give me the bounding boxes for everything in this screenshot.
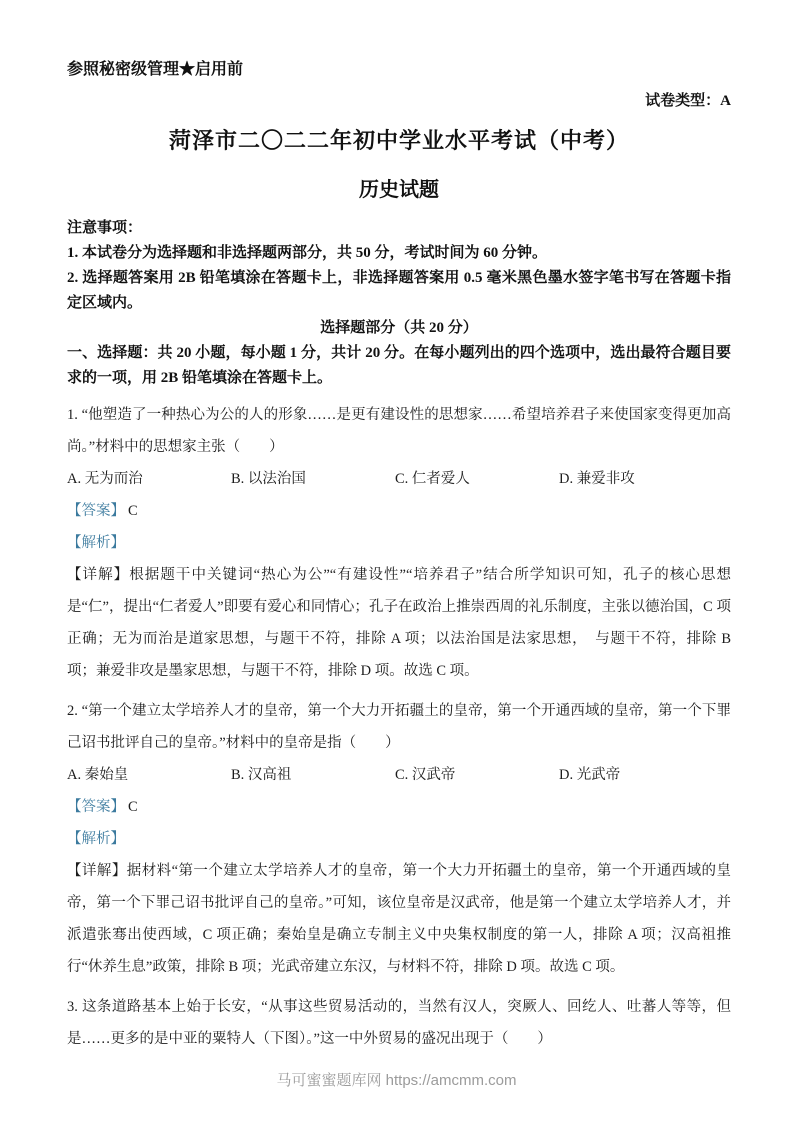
answer-value: C xyxy=(125,799,138,815)
notes-section: 注意事项： 1. 本试卷分为选择题和非选择题两部分，共 50 分，考试时间为 6… xyxy=(67,216,731,391)
notes-item-1: 1. 本试卷分为选择题和非选择题两部分，共 50 分，考试时间为 60 分钟。 xyxy=(67,241,731,266)
question-2-option-a: A. 秦始皇 xyxy=(67,759,231,791)
question-1-analysis-line: 【解析】 xyxy=(67,527,731,559)
question-1-option-c: C. 仁者爱人 xyxy=(395,463,559,495)
question-2-detail: 【详解】据材料“第一个建立太学培养人才的皇帝，第一个大力开拓疆土的皇帝，第一个开… xyxy=(67,855,731,983)
question-2-analysis-line: 【解析】 xyxy=(67,823,731,855)
section-heading: 选择题部分（共 20 分） xyxy=(67,316,731,341)
document-subtitle: 历史试题 xyxy=(67,173,731,202)
question-2-option-d: D. 光武帝 xyxy=(559,759,731,791)
question-1-stem: 1. “他塑造了一种热心为公的人的形象……是更有建设性的思想家……希望培养君子来… xyxy=(67,399,731,463)
exam-document-page: 参照秘密级管理★启用前 试卷类型：A 菏泽市二〇二二年初中学业水平考试（中考） … xyxy=(0,0,793,1122)
question-1-options: A. 无为而治 B. 以法治国 C. 仁者爱人 D. 兼爱非攻 xyxy=(67,463,731,495)
analysis-label: 【解析】 xyxy=(67,831,125,847)
analysis-label: 【解析】 xyxy=(67,535,125,551)
question-3-stem: 3. 这条道路基本上始于长安，“从事这些贸易活动的，当然有汉人，突厥人、回纥人、… xyxy=(67,991,731,1055)
answer-label: 【答案】 xyxy=(67,503,125,519)
question-block-1: 1. “他塑造了一种热心为公的人的形象……是更有建设性的思想家……希望培养君子来… xyxy=(67,399,731,687)
site-footer: 马可蜜蜜题库网 https://amcmm.com xyxy=(0,1069,793,1090)
section-instruction: 一、选择题：共 20 小题，每小题 1 分，共计 20 分。在每小题列出的四个选… xyxy=(67,341,731,391)
question-block-2: 2. “第一个建立太学培养人才的皇帝，第一个大力开拓疆土的皇帝，第一个开通西域的… xyxy=(67,695,731,983)
question-1-option-a: A. 无为而治 xyxy=(67,463,231,495)
document-title: 菏泽市二〇二二年初中学业水平考试（中考） xyxy=(67,124,731,155)
notes-heading: 注意事项： xyxy=(67,216,731,241)
question-2-answer-line: 【答案】C xyxy=(67,791,731,823)
answer-value: C xyxy=(125,503,138,519)
answer-label: 【答案】 xyxy=(67,799,125,815)
question-1-answer-line: 【答案】C xyxy=(67,495,731,527)
question-2-option-c: C. 汉武帝 xyxy=(395,759,559,791)
paper-type-label: 试卷类型：A xyxy=(67,89,731,110)
question-2-options: A. 秦始皇 B. 汉高祖 C. 汉武帝 D. 光武帝 xyxy=(67,759,731,791)
question-1-option-b: B. 以法治国 xyxy=(231,463,395,495)
notes-item-2: 2. 选择题答案用 2B 铅笔填涂在答题卡上，非选择题答案用 0.5 毫米黑色墨… xyxy=(67,266,731,316)
question-1-detail: 【详解】根据题干中关键词“热心为公”“有建设性”“培养君子”结合所学知识可知，孔… xyxy=(67,559,731,687)
question-block-3: 3. 这条道路基本上始于长安，“从事这些贸易活动的，当然有汉人，突厥人、回纥人、… xyxy=(67,991,731,1055)
question-1-option-d: D. 兼爱非攻 xyxy=(559,463,731,495)
question-2-option-b: B. 汉高祖 xyxy=(231,759,395,791)
question-2-stem: 2. “第一个建立太学培养人才的皇帝，第一个大力开拓疆土的皇帝，第一个开通西域的… xyxy=(67,695,731,759)
security-notice: 参照秘密级管理★启用前 xyxy=(67,56,731,79)
